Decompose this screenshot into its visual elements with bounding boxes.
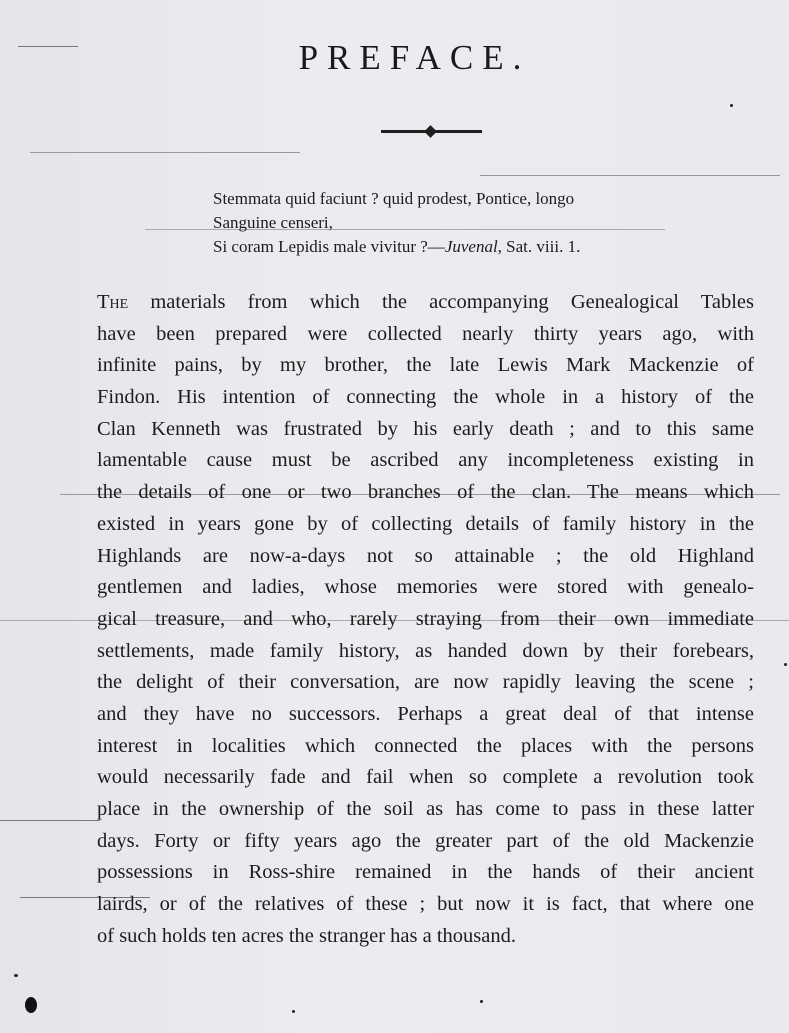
ink-blot: [25, 997, 37, 1013]
scanned-page: PREFACE. Stemmata quid faciunt ? quid pr…: [0, 0, 789, 1033]
body-line: would necessarily fade and fail when so …: [97, 762, 754, 794]
body-line: The materials from which the accompanyin…: [97, 287, 754, 319]
body-line: Findon. His intention of connecting the …: [97, 382, 754, 414]
body-line: the details of one or two branches of th…: [97, 477, 754, 509]
scan-artifact-line: [480, 175, 780, 176]
body-line-text: materials from which the accompanying Ge…: [128, 291, 754, 313]
body-line: gentlemen and ladies, whose memories wer…: [97, 572, 754, 604]
title-ornament-diamond: [424, 125, 437, 138]
body-line: Highlands are now-a-days not so attainab…: [97, 541, 754, 573]
body-line: interest in localities which connected t…: [97, 731, 754, 763]
ink-speck: [784, 663, 787, 666]
epigraph: Stemmata quid faciunt ? quid prodest, Po…: [213, 187, 580, 259]
body-line: have been prepared were collected nearly…: [97, 319, 754, 351]
epigraph-line: Si coram Lepidis male vivitur ?—Juvenal,…: [213, 235, 580, 259]
ink-speck: [14, 974, 18, 977]
scan-artifact-line: [0, 820, 100, 821]
epigraph-author: Juvenal: [445, 237, 498, 256]
ink-speck: [292, 1010, 295, 1013]
scan-artifact-line: [30, 152, 300, 153]
body-line: and they have no successors. Perhaps a g…: [97, 699, 754, 731]
ink-speck: [480, 1000, 483, 1003]
epigraph-line-text: Si coram Lepidis male vivitur ?—: [213, 237, 445, 256]
body-line: lamentable cause must be ascribed any in…: [97, 445, 754, 477]
epigraph-line: Stemmata quid faciunt ? quid prodest, Po…: [213, 187, 580, 211]
preface-body: The materials from which the accompanyin…: [97, 287, 754, 952]
body-line: settlements, made family history, as han…: [97, 636, 754, 668]
body-line: lairds, or of the relatives of these ; b…: [97, 889, 754, 921]
body-line: infinite pains, by my brother, the late …: [97, 350, 754, 382]
body-line: possessions in Ross-shire remained in th…: [97, 857, 754, 889]
ink-speck: [730, 104, 733, 107]
body-line-last: of such holds ten acres the stranger has…: [97, 921, 754, 953]
body-line: existed in years gone by of collecting d…: [97, 509, 754, 541]
body-line: days. Forty or fifty years ago the great…: [97, 826, 754, 858]
epigraph-line: Sanguine censeri,: [213, 211, 580, 235]
body-line: the delight of their conversation, are n…: [97, 667, 754, 699]
body-line: gical treasure, and who, rarely straying…: [97, 604, 754, 636]
body-line: place in the ownership of the soil as ha…: [97, 794, 754, 826]
opening-word: The: [97, 291, 128, 313]
page-title: PREFACE.: [0, 38, 789, 78]
body-line: Clan Kenneth was frustrated by his early…: [97, 414, 754, 446]
epigraph-citation: , Sat. viii. 1.: [498, 237, 581, 256]
